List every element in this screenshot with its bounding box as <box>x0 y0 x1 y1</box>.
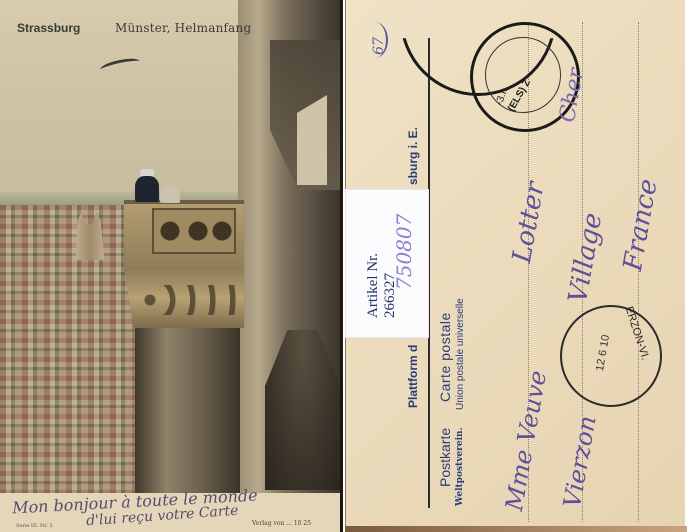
address-guide-line <box>638 22 639 522</box>
balcony-tracery <box>152 208 236 254</box>
title-carte-postale: Carte postale <box>437 312 453 402</box>
union-de: Weltpostverein. <box>455 427 465 506</box>
figure-child <box>160 185 180 203</box>
postcard-front: Strassburg Münster, Helmanfang Mon bonjo… <box>0 0 343 532</box>
figure-man <box>135 176 159 202</box>
publisher-mark: Verlag von ... 10 25 <box>252 520 311 527</box>
union-fr: Union postale universelle <box>455 298 466 410</box>
pencil-note: 750807 <box>392 214 416 290</box>
article-label-prefix: Artikel Nr. <box>365 253 382 318</box>
reference-note: 67 <box>371 37 387 55</box>
city-view <box>0 205 140 495</box>
divider-line <box>428 38 430 508</box>
tower-base <box>135 328 240 495</box>
caption-subject: Münster, Helmanfang <box>115 21 251 35</box>
series-mark: Serie III. Nr. 3 <box>16 523 53 529</box>
title-postkarte: Postkarte <box>437 428 453 487</box>
caption-city: Strassburg <box>17 21 80 35</box>
corbel-tracery <box>140 285 240 315</box>
figure-cap <box>140 169 154 176</box>
back-bottom-edge <box>345 526 687 532</box>
header-place-partial: sburg i. E. <box>406 127 420 185</box>
header-plattform-partial: Plattform d <box>406 345 420 408</box>
